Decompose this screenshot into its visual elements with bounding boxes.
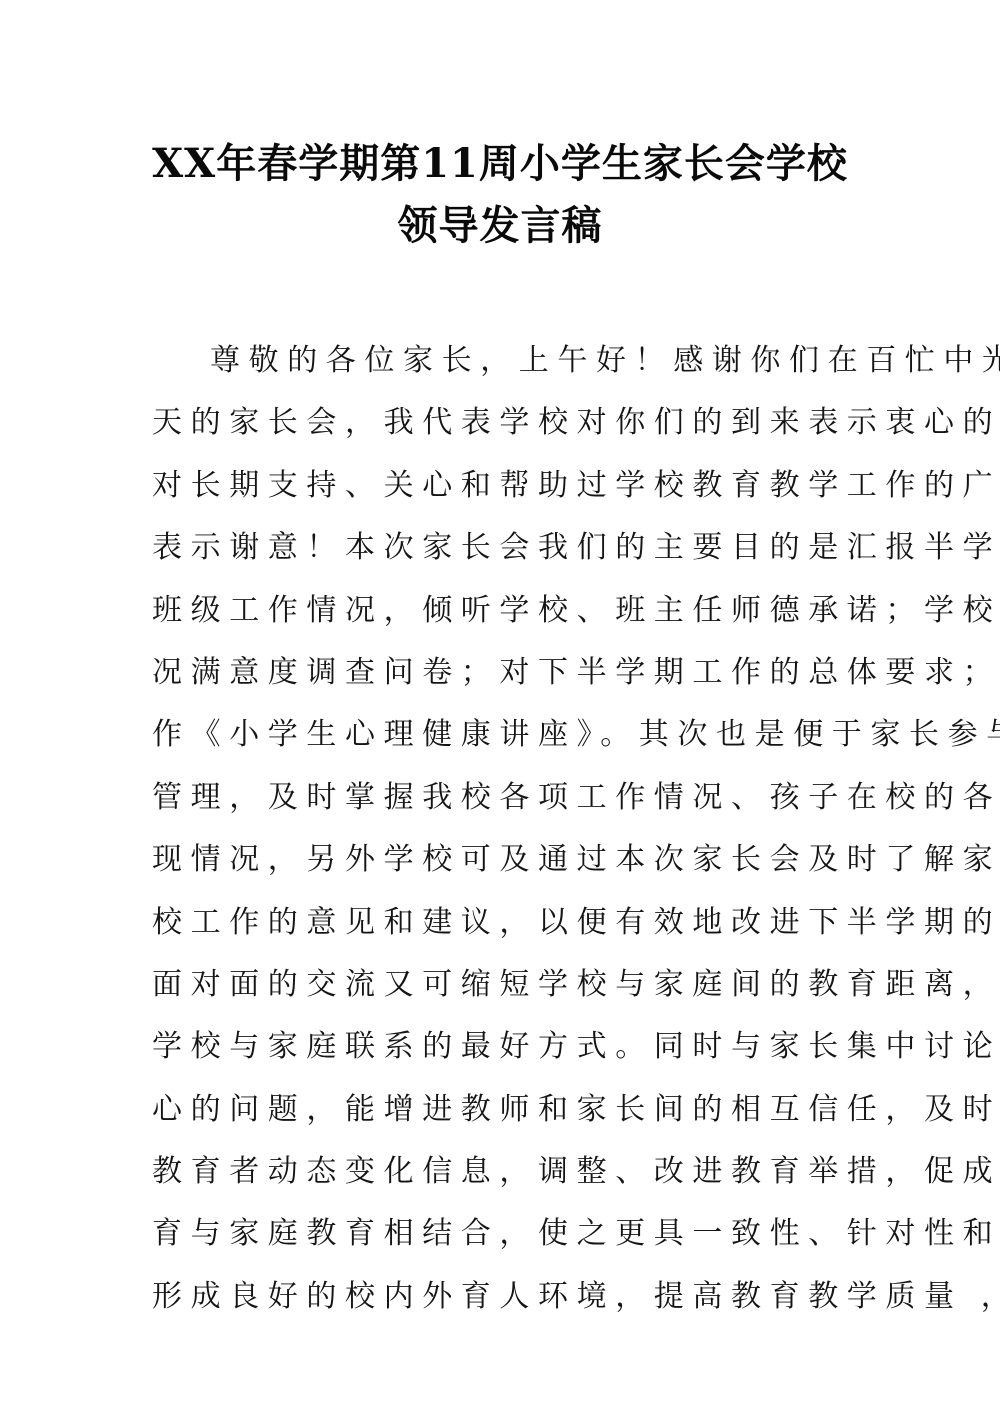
body-line: 面对面的交流又可缩短学校与家庭间的教育距离，是加强 [152, 954, 852, 1016]
body-line: 形成良好的校内外育人环境，提高教育教学质量 ，形成整 [152, 1266, 852, 1328]
body-line: 育与家庭教育相结合，使之更具一致性、针对性和有效性 [152, 1203, 852, 1265]
body-line: 校工作的意见和建议，以便有效地改进下半学期的工作。 [152, 892, 852, 954]
title-line-2: 领导发言稿 [100, 195, 900, 257]
document-title: XX年春学期第11周小学生家长会学校 领导发言稿 [100, 133, 900, 257]
body-line: 作《小学生心理健康讲座》。其次也是便于家长参与学校 [152, 704, 852, 766]
title-line-1: XX年春学期第11周小学生家长会学校 [100, 133, 900, 195]
body-line: 班级工作情况，倾听学校、班主任师德承诺；学校工作情 [152, 580, 852, 642]
body-line: 对长期支持、关心和帮助过学校教育教学工作的广大家长 [152, 455, 852, 517]
body-line: 尊敬的各位家长，上午好！感谢你们在百忙中光临今 [152, 330, 852, 392]
document-body: 尊敬的各位家长，上午好！感谢你们在百忙中光临今 天的家长会，我代表学校对你们的到… [152, 330, 852, 1328]
body-line: 表示谢意！本次家长会我们的主要目的是汇报半学期学校 [152, 517, 852, 579]
body-line: 况满意度调查问卷；对下半学期工作的总体要求；德育办 [152, 642, 852, 704]
document-page: XX年春学期第11周小学生家长会学校 领导发言稿 尊敬的各位家长，上午好！感谢你… [0, 0, 1000, 1415]
body-line: 管理，及时掌握我校各项工作情况、孩子在校的各方面表 [152, 767, 852, 829]
body-line: 学校与家庭联系的最好方式。同时与家长集中讨论共同关 [152, 1016, 852, 1078]
body-line: 教育者动态变化信息，调整、改进教育举措，促成学校教 [152, 1141, 852, 1203]
body-line: 现情况，另外学校可及通过本次家长会及时了解家长对学 [152, 829, 852, 891]
body-line: 天的家长会，我代表学校对你们的到来表示衷心的感谢！ [152, 392, 852, 454]
body-line: 心的问题，能增进教师和家长间的相互信任，及时沟通受 [152, 1079, 852, 1141]
